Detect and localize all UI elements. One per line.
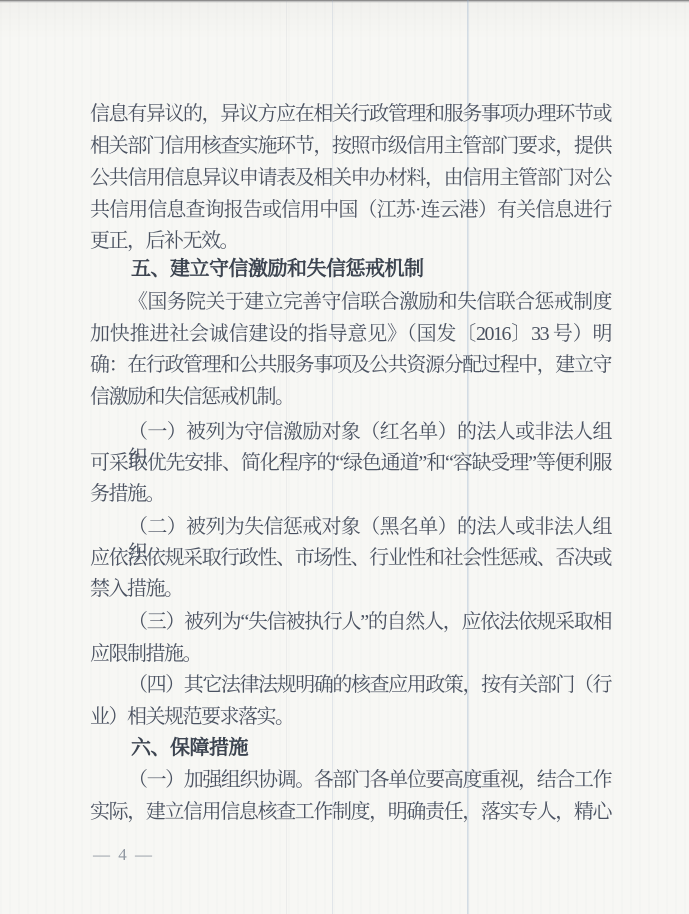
text-line: 确：在行政管理和公共服务事项及公共资源分配过程中，建立守 [90, 352, 611, 379]
text-line: （二）被列为失信惩戒对象（黑名单）的法人或非法人组织， [90, 514, 611, 541]
text-line: 公共信用信息异议申请表及相关申办材料，由信用主管部门对公 [90, 165, 611, 192]
text-line: （四）其它法律法规明确的核查应用政策，按有关部门（行 [90, 672, 611, 699]
scan-top-edge [0, 0, 689, 3]
section-heading: 五、建立守信激励和失信惩戒机制 [90, 256, 611, 283]
text-line: （一）加强组织协调。各部门各单位要高度重视，结合工作 [90, 767, 611, 794]
text-line: 应限制措施。 [90, 641, 611, 668]
text-line: 可采取优先安排、简化程序的“绿色通道”和“容缺受理”等便利服 [90, 450, 611, 477]
text-line: 业）相关规范要求落实。 [90, 704, 611, 731]
text-line: 相关部门信用核查实施环节，按照市级信用主管部门要求，提供 [90, 133, 611, 160]
text-line: （一）被列为守信激励对象（红名单）的法人或非法人组织， [90, 419, 611, 446]
text-line: 信激励和失信惩戒机制。 [90, 384, 611, 411]
text-line: 应依法依规采取行政性、市场性、行业性和社会性惩戒、否决或 [90, 545, 611, 572]
text-line: 加快推进社会诚信建设的指导意见》（国发〔2016〕33 号）明 [90, 321, 611, 348]
text-line: 《国务院关于建立完善守信联合激励和失信联合惩戒制度 [90, 289, 611, 316]
text-line: 务措施。 [90, 481, 611, 508]
text-line: （三）被列为“失信被执行人”的自然人，应依法依规采取相 [90, 609, 611, 636]
document-page: 信息有异议的，异议方应在相关行政管理和服务事项办理环节或 相关部门信用核查实施环… [0, 0, 689, 914]
text-line: 信息有异议的，异议方应在相关行政管理和服务事项办理环节或 [90, 101, 611, 128]
section-heading: 六、保障措施 [90, 735, 611, 762]
text-line: 禁入措施。 [90, 576, 611, 603]
text-line: 共信用信息查询报告或信用中国（江苏·连云港）有关信息进行 [90, 197, 611, 224]
text-line: 更正，后补无效。 [90, 228, 611, 255]
page-number: — 4 — [93, 844, 154, 866]
text-line: 实际，建立信用信息核查工作制度，明确责任，落实专人，精心 [90, 799, 611, 826]
